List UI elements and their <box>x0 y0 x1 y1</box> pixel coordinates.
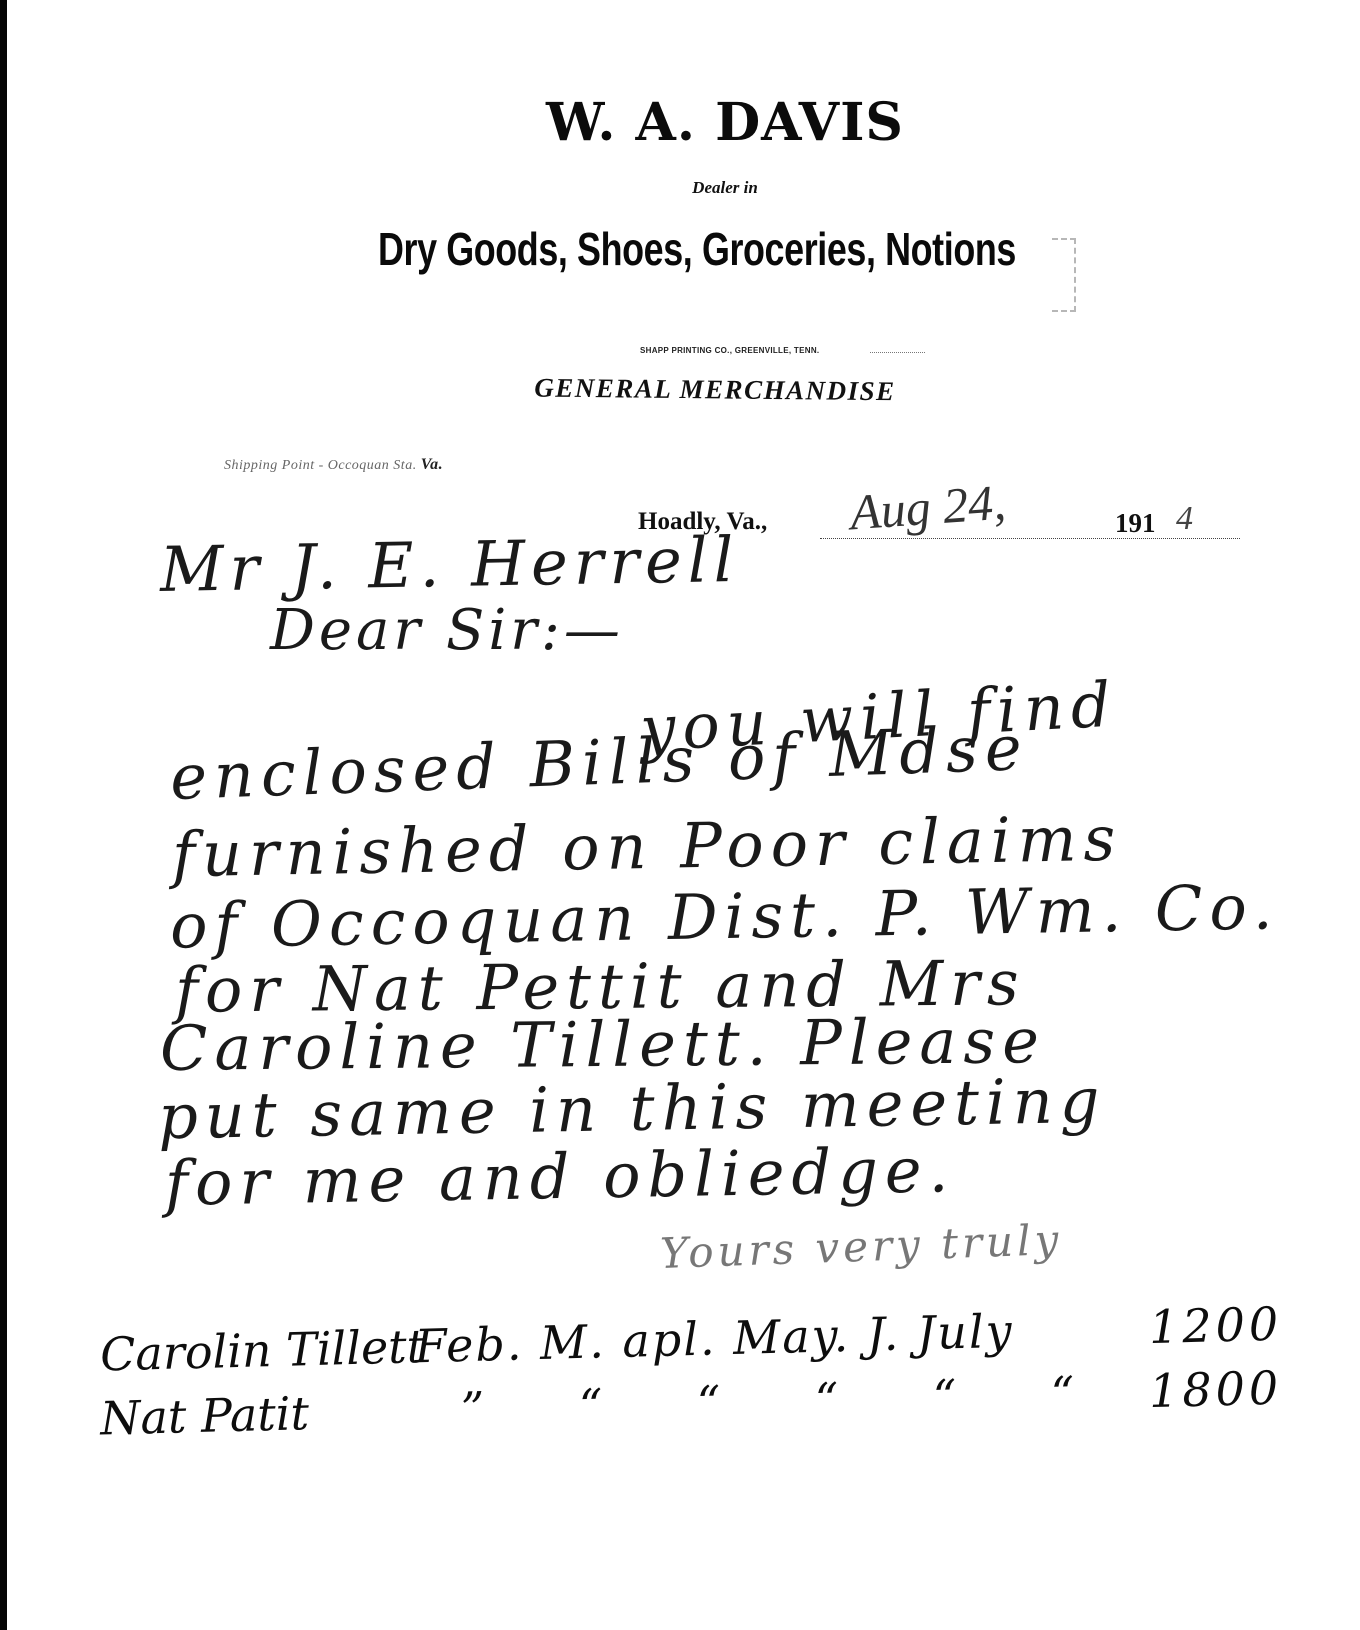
letter-body-line: for me and obliedge. <box>164 1133 955 1220</box>
ledger-name: Nat Patit <box>99 1384 400 1446</box>
ditto-mark: “ <box>1004 1365 1123 1422</box>
salutation: Dear Sir:— <box>270 598 624 663</box>
addressee: Mr J. E. Herrell <box>159 523 740 606</box>
ditto-mark: ” <box>414 1380 533 1437</box>
ledger-months-ditto: ”“““““ <box>414 1364 1135 1437</box>
shipping-point: Shipping Point - Occoquan Sta. Va. <box>224 456 443 474</box>
ditto-mark: “ <box>768 1371 887 1428</box>
shipping-point-label: Shipping Point - Occoquan Sta. <box>224 458 417 473</box>
firm-name: W. A. DAVIS <box>0 92 1360 153</box>
ditto-mark: “ <box>650 1374 769 1431</box>
business-category: GENERAL MERCHANDISE <box>0 367 1360 412</box>
scan-artifact <box>1052 238 1076 312</box>
printer-rule <box>870 352 925 353</box>
year-handwritten: 4 <box>1176 500 1193 538</box>
year-printed: 191 <box>1115 508 1156 539</box>
ditto-mark: “ <box>886 1368 1005 1425</box>
ledger-months: Feb. M. apl. May. J. July <box>414 1300 1135 1373</box>
printer-imprint: SHAPP PRINTING CO., GREENVILLE, TENN. <box>640 346 819 355</box>
ledger-name: Carolin Tillett <box>99 1320 400 1382</box>
ledger-amount: 1800 <box>1148 1360 1289 1418</box>
letter-date: Aug 24, <box>848 473 1007 542</box>
dealer-in-label: Dealer in <box>0 178 1360 198</box>
closing: Yours very truly <box>659 1215 1063 1278</box>
letter-body-line: enclosed Bills of Mdse <box>169 711 1030 814</box>
ditto-mark: “ <box>532 1377 651 1434</box>
goods-list: Dry Goods, Shoes, Groceries, Notions <box>378 222 1016 276</box>
ledger-amount: 1200 <box>1148 1296 1289 1354</box>
shipping-point-state: Va. <box>421 456 443 473</box>
scan-border <box>0 0 7 1630</box>
